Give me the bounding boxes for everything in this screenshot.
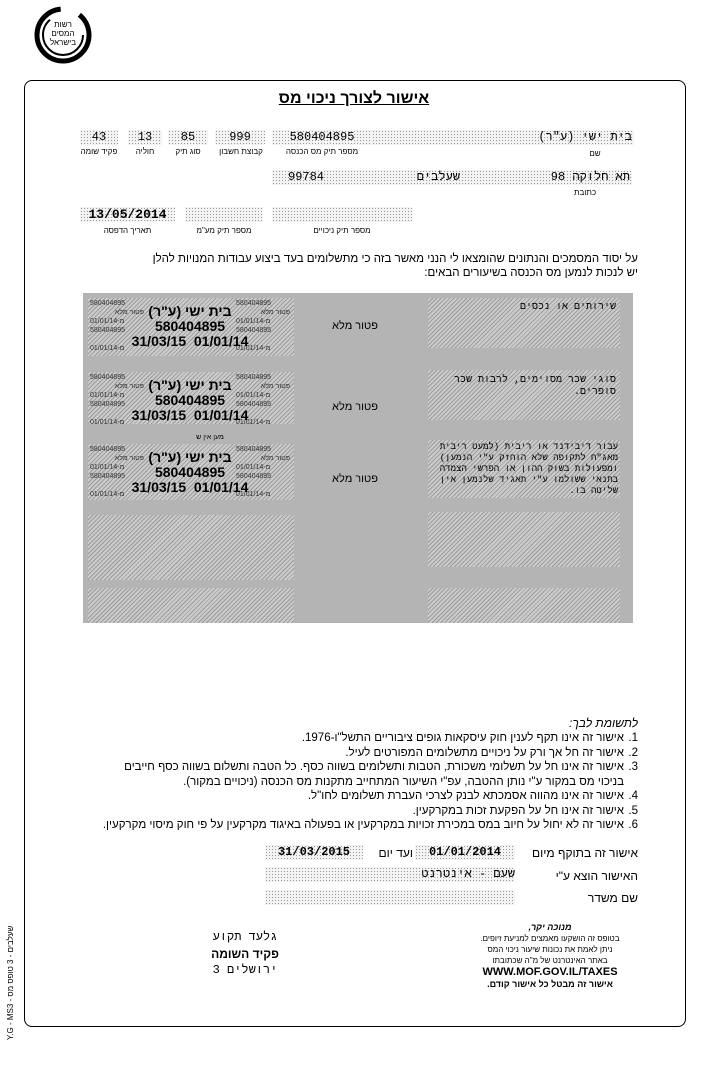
note-item: 1.אישור זה אינו תקף לענין חוק עיסקאות גו… — [60, 731, 638, 746]
taxfile-label: מספר תיק מס הכנסה — [272, 147, 372, 156]
signature-block: גלעד תקוע פקיד השומה ירושלים 3 — [180, 928, 310, 978]
validity-to-label: ועד יום — [365, 846, 413, 860]
issued-by-field: שעם - אינטרנט — [265, 867, 515, 882]
region-label: חוליה — [128, 147, 162, 156]
empty-service-cell — [428, 512, 620, 567]
empty-stamp — [88, 515, 294, 580]
issued-by-label: האישור הוצא ע"י — [520, 869, 638, 883]
validity-from-field: 01/01/2014 — [415, 845, 515, 860]
note-item: 3.אישור זה אינו חל על תשלומי משכורת, הטב… — [60, 760, 638, 775]
logo-line: רשות — [44, 20, 82, 29]
name-label: שם — [580, 149, 610, 158]
account-group-field: 999 — [215, 130, 265, 145]
note-number: 4. — [624, 789, 638, 804]
form-code: Y.G - MS3 - שעלבים - 3 טופס מס — [6, 926, 15, 1040]
notes-section: לתשומת לבך: 1.אישור זה אינו תקף לענין חו… — [60, 716, 638, 833]
file-type-field: 85 — [168, 130, 208, 145]
note-number: 1. — [624, 731, 638, 746]
intro-line: יש לנכות לנמען מס הכנסה בשיעורים הבאים: — [80, 266, 638, 280]
region-field: 13 — [128, 130, 162, 145]
address-city: שעלבים — [380, 170, 460, 185]
logo-line: המסים — [44, 29, 82, 38]
deduction-file-field — [272, 207, 412, 222]
notice-cancel: אישור זה מבטל כל אישור קודם. — [460, 979, 640, 990]
rate-text: פטור מלא — [320, 401, 390, 413]
document-title: אישור לצורך ניכוי מס — [24, 90, 684, 108]
anti-fraud-notice: מנוכה יקר, בטופס זה הושקעו מאמצים למניעת… — [460, 922, 640, 990]
row-header: מען אין ש — [180, 434, 240, 441]
note-number: 5. — [624, 804, 638, 819]
note-item: 4.אישור זה אינו מהווה אסמכתא לבנק לצרכי … — [60, 789, 638, 804]
note-item: 6.אישור זה לא יחול על חיוב במס במכירת זכ… — [60, 818, 638, 833]
file-type-label: סוג תיק — [168, 147, 208, 156]
stamp-id: 580404895 — [130, 392, 250, 408]
account-group-label: קבוצת חשבון — [212, 147, 270, 156]
stamp-content: 580404895פטור מלא01/01/14-מ58040489501/0… — [90, 446, 292, 500]
stamp-name: בית ישי (ע"ר) — [130, 377, 250, 393]
stamp-dates: 31/03/15 01/01/14 — [120, 407, 260, 423]
name-field: בית ישי (ע"ר) — [372, 130, 634, 145]
stamp-id: 580404895 — [130, 464, 250, 480]
stamp-content: 580404895פטור מלא01/01/14-מ58040489501/0… — [90, 300, 292, 354]
note-item: 2.אישור זה חל אך ורק על ניכויים מתשלומים… — [60, 746, 638, 761]
stamp-id: 580404895 — [130, 318, 250, 334]
note-item: 5.אישור זה אינו חל על הפקעת זכות במקרקעי… — [60, 804, 638, 819]
stamp-dates: 31/03/15 01/01/14 — [120, 333, 260, 349]
office-label: שם משדר — [520, 891, 638, 905]
note-continuation: בניכוי מס במקור ע"י נותן ההטבה, עפ"י השי… — [60, 775, 638, 790]
notes-heading: לתשומת לבך: — [60, 716, 638, 731]
stamp-name: בית ישי (ע"ר) — [130, 449, 250, 465]
signature-office: ירושלים 3 — [180, 962, 310, 978]
assessor-field: 43 — [80, 130, 118, 145]
stamp-dates: 31/03/15 01/01/14 — [120, 479, 260, 495]
service-text: שירותים או נכסים — [432, 302, 616, 314]
issue-date-field: 13/05/2014 — [80, 207, 175, 222]
note-text: אישור זה אינו חל על תשלומי משכורת, הטבות… — [124, 761, 624, 773]
notes-list: 1.אישור זה אינו תקף לענין חוק עיסקאות גו… — [60, 731, 638, 833]
notice-greeting: מנוכה יקר, — [460, 922, 640, 933]
notice-line: ניתן לאמת את נכונות שיעור ניכוי המס — [460, 944, 640, 955]
empty-service-cell — [428, 588, 620, 623]
vat-file-field — [185, 207, 263, 222]
note-text: אישור זה אינו חל על הפקעת זכות במקרקעין. — [413, 805, 624, 817]
empty-stamp — [88, 588, 294, 623]
validity-to-field: 31/03/2015 — [265, 845, 363, 860]
logo-line: בישראל — [44, 38, 82, 47]
note-number: 2. — [624, 746, 638, 761]
notice-line: בטופס זה הושקעו מאמצים למניעת זיופים. — [460, 933, 640, 944]
address-label: כתובת — [560, 188, 610, 197]
service-text: עבור דיבידנד או ריבית (למעט ריבית מאג"ח … — [430, 442, 618, 497]
note-text: אישור זה אינו מהווה אסמכתא לבנק לצרכי הע… — [308, 790, 624, 802]
vat-file-label: מספר תיק מע"מ — [185, 226, 263, 235]
note-number: 3. — [624, 760, 638, 775]
postal-code: 99784 — [288, 170, 338, 185]
note-text: אישור זה חל אך ורק על ניכויים מתשלומים ה… — [345, 747, 624, 759]
office-field — [265, 890, 515, 905]
signature-name: גלעד תקוע — [180, 928, 310, 946]
stamp-name: בית ישי (ע"ר) — [130, 303, 250, 319]
issue-date-label: תאריך הדפסה — [80, 226, 175, 235]
intro-text: על יסוד המסמכים והנתונים שהומצאו לי הנני… — [80, 252, 638, 280]
note-text: אישור זה אינו תקף לענין חוק עיסקאות גופי… — [302, 732, 624, 744]
rate-text: פטור מלא — [320, 320, 390, 332]
deduction-file-label: מספר תיק ניכויים — [272, 226, 412, 235]
assessor-label: פקיד שומה — [80, 147, 118, 156]
signature-role: פקיד השומה — [180, 946, 310, 962]
address-street: תא חלוקה 98 — [520, 170, 630, 185]
service-text: סוגי שכר מסוימים, לרבות שכר סופרים. — [432, 375, 616, 399]
rate-text: פטור מלא — [320, 473, 390, 485]
tax-authority-logo: רשות המסים בישראל — [32, 4, 94, 66]
intro-line: על יסוד המסמכים והנתונים שהומצאו לי הנני… — [80, 252, 638, 266]
validity-from-label: אישור זה בתוקף מיום — [520, 846, 638, 860]
notice-url[interactable]: WWW.MOF.GOV.IL/TAXES — [460, 966, 640, 979]
stamp-content: 580404895פטור מלא01/01/14-מ58040489501/0… — [90, 374, 292, 428]
notice-line: באתר האינטרנט של מ"ה שכתובתו — [460, 955, 640, 966]
note-number: 6. — [624, 818, 638, 833]
note-text: אישור זה לא יחול על חיוב במס במכירת זכוי… — [103, 819, 624, 831]
taxfile-field: 580404895 — [272, 130, 372, 145]
